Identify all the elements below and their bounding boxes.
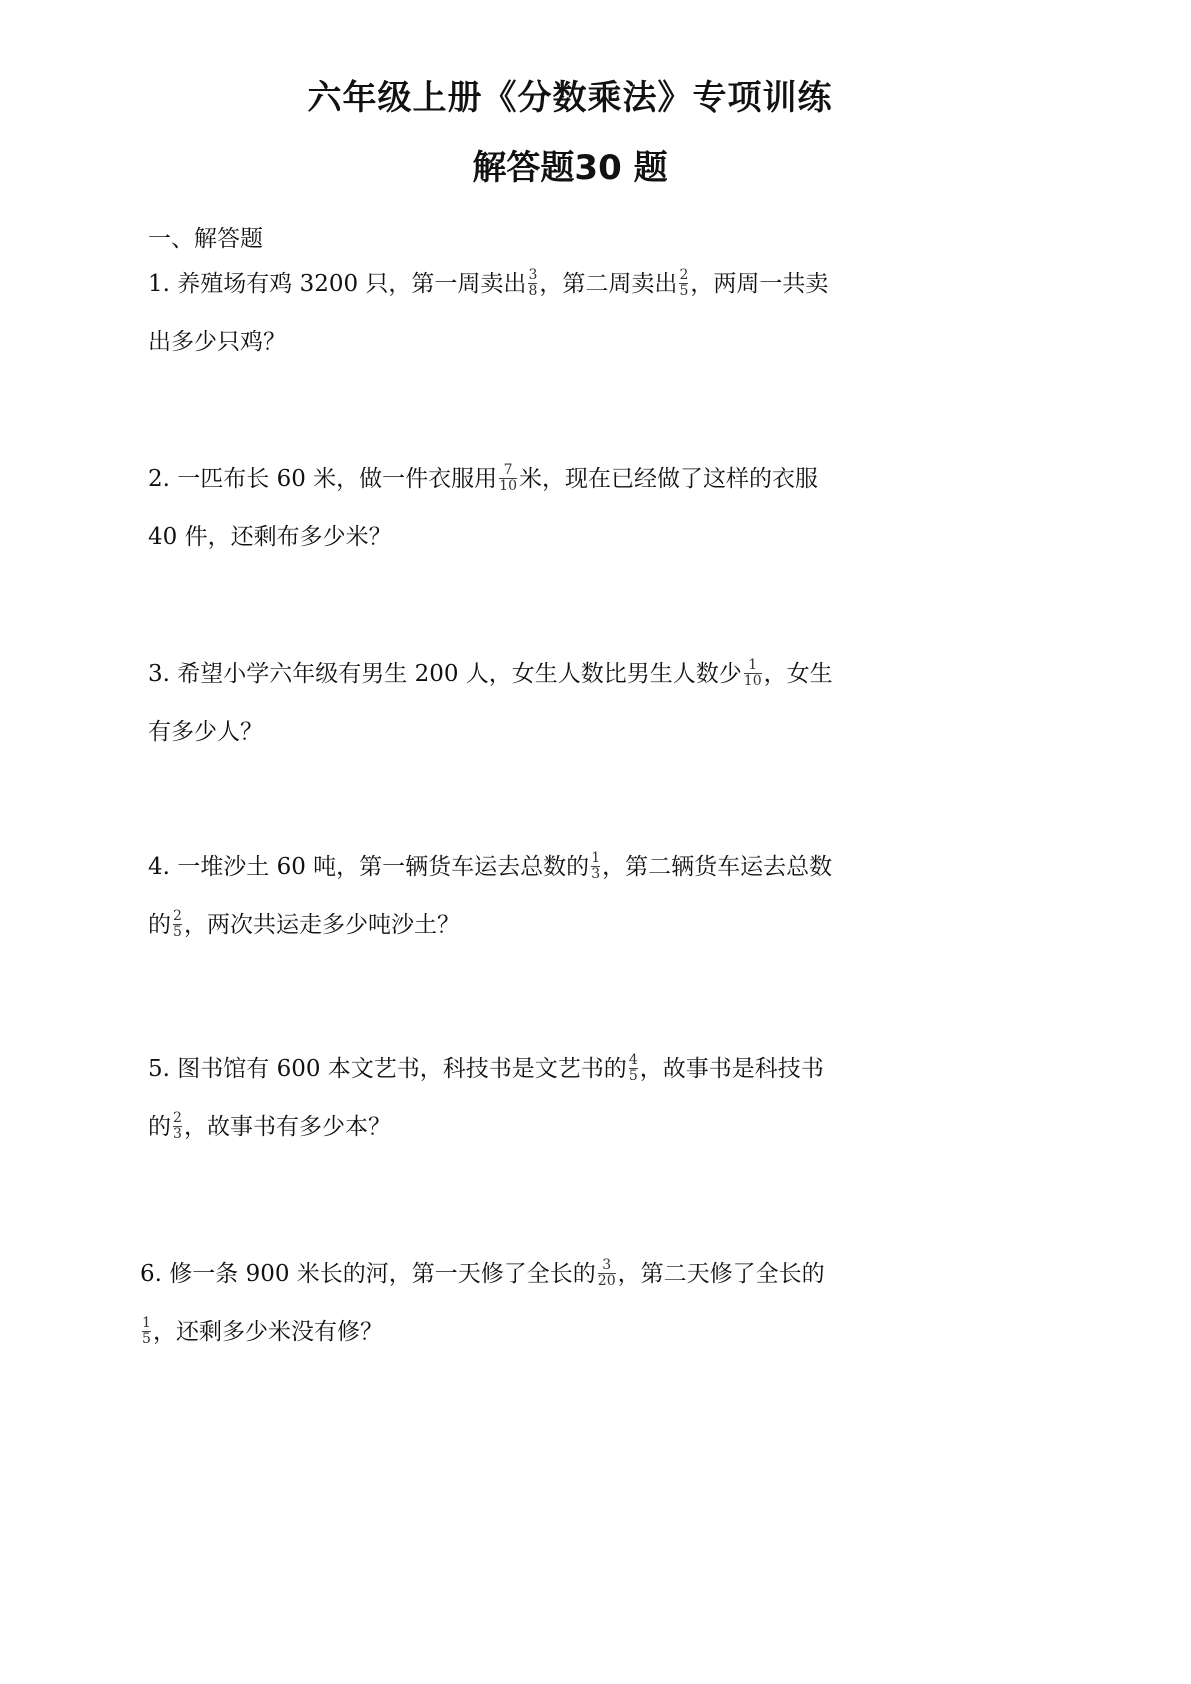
fraction: 25 xyxy=(173,909,182,940)
question-line: 出多少只鸡？ xyxy=(148,313,888,371)
fraction: 15 xyxy=(142,1316,151,1347)
denominator: 10 xyxy=(499,479,517,494)
question-line: 的23，故事书有多少本？ xyxy=(148,1098,888,1156)
question-text: ，第二天修了全长的 xyxy=(618,1261,825,1287)
question-line: 40 件，还剩布多少米？ xyxy=(148,508,888,566)
question-text: ，故事书有多少本？ xyxy=(184,1114,391,1140)
denominator: 3 xyxy=(173,1127,182,1142)
question-text: ，两周一共卖 xyxy=(690,271,828,297)
denominator: 5 xyxy=(679,284,688,299)
numerator: 2 xyxy=(679,268,688,283)
question-1: 1. 养殖场有鸡 3200 只，第一周卖出38，第二周卖出25，两周一共卖 出多… xyxy=(148,255,888,371)
question-text: ，第二周卖出 xyxy=(539,271,677,297)
fraction: 38 xyxy=(528,268,537,299)
question-text: 一堆沙土 60 吨，第一辆货车运去总数的 xyxy=(177,854,589,880)
numerator: 2 xyxy=(173,909,182,924)
question-2: 2. 一匹布长 60 米，做一件衣服用710米，现在已经做了这样的衣服 40 件… xyxy=(148,450,888,566)
question-line: 2. 一匹布长 60 米，做一件衣服用710米，现在已经做了这样的衣服 xyxy=(148,450,888,508)
question-text: ，女生 xyxy=(764,661,833,687)
numerator: 1 xyxy=(748,658,757,673)
question-text: ，两次共运走多少吨沙土？ xyxy=(184,912,460,938)
question-line: 有多少人？ xyxy=(148,703,888,761)
denominator: 20 xyxy=(598,1274,616,1289)
question-text: 的 xyxy=(148,1114,171,1140)
numerator: 1 xyxy=(142,1316,151,1331)
question-text: 修一条 900 米长的河，第一天修了全长的 xyxy=(169,1261,596,1287)
fraction: 110 xyxy=(744,658,762,689)
denominator: 5 xyxy=(173,925,182,940)
page-title: 六年级上册《分数乘法》专项训练 xyxy=(0,70,1140,119)
denominator: 5 xyxy=(629,1069,638,1084)
question-text: ，还剩多少米没有修？ xyxy=(153,1319,383,1345)
section-heading: 一、解答题 xyxy=(148,220,263,253)
question-text: ，第二辆货车运去总数 xyxy=(602,854,832,880)
question-number: 5. xyxy=(148,1056,170,1082)
fraction: 45 xyxy=(629,1053,638,1084)
question-text: ，故事书是科技书 xyxy=(640,1056,824,1082)
denominator: 3 xyxy=(591,867,600,882)
numerator: 7 xyxy=(504,463,513,478)
question-number: 1. xyxy=(148,271,170,297)
question-line: 3. 希望小学六年级有男生 200 人，女生人数比男生人数少110，女生 xyxy=(148,645,888,703)
question-line: 的25，两次共运走多少吨沙土？ xyxy=(148,896,888,954)
denominator: 8 xyxy=(528,284,537,299)
question-6: 6. 修一条 900 米长的河，第一天修了全长的320，第二天修了全长的 15，… xyxy=(140,1245,880,1361)
page-subtitle: 解答题30 题 xyxy=(0,140,1140,189)
question-text: 图书馆有 600 本文艺书，科技书是文艺书的 xyxy=(177,1056,627,1082)
question-3: 3. 希望小学六年级有男生 200 人，女生人数比男生人数少110，女生 有多少… xyxy=(148,645,888,761)
question-5: 5. 图书馆有 600 本文艺书，科技书是文艺书的45，故事书是科技书 的23，… xyxy=(148,1040,888,1156)
question-line: 1. 养殖场有鸡 3200 只，第一周卖出38，第二周卖出25，两周一共卖 xyxy=(148,255,888,313)
fraction: 25 xyxy=(679,268,688,299)
question-line: 15，还剩多少米没有修？ xyxy=(140,1303,880,1361)
question-number: 6. xyxy=(140,1261,162,1287)
question-line: 5. 图书馆有 600 本文艺书，科技书是文艺书的45，故事书是科技书 xyxy=(148,1040,888,1098)
question-number: 2. xyxy=(148,466,170,492)
question-text: 希望小学六年级有男生 200 人，女生人数比男生人数少 xyxy=(177,661,742,687)
numerator: 2 xyxy=(173,1111,182,1126)
denominator: 10 xyxy=(744,674,762,689)
question-text: 的 xyxy=(148,912,171,938)
question-text: 一匹布长 60 米，做一件衣服用 xyxy=(177,466,497,492)
question-text: 米，现在已经做了这样的衣服 xyxy=(519,466,818,492)
question-4: 4. 一堆沙土 60 吨，第一辆货车运去总数的13，第二辆货车运去总数 的25，… xyxy=(148,838,888,954)
question-line: 6. 修一条 900 米长的河，第一天修了全长的320，第二天修了全长的 xyxy=(140,1245,880,1303)
numerator: 3 xyxy=(602,1258,611,1273)
numerator: 3 xyxy=(528,268,537,283)
fraction: 23 xyxy=(173,1111,182,1142)
question-line: 4. 一堆沙土 60 吨，第一辆货车运去总数的13，第二辆货车运去总数 xyxy=(148,838,888,896)
question-number: 3. xyxy=(148,661,170,687)
fraction: 710 xyxy=(499,463,517,494)
question-text: 养殖场有鸡 3200 只，第一周卖出 xyxy=(177,271,526,297)
fraction: 320 xyxy=(598,1258,616,1289)
fraction: 13 xyxy=(591,851,600,882)
denominator: 5 xyxy=(142,1332,151,1347)
numerator: 1 xyxy=(591,851,600,866)
question-number: 4. xyxy=(148,854,170,880)
numerator: 4 xyxy=(629,1053,638,1068)
